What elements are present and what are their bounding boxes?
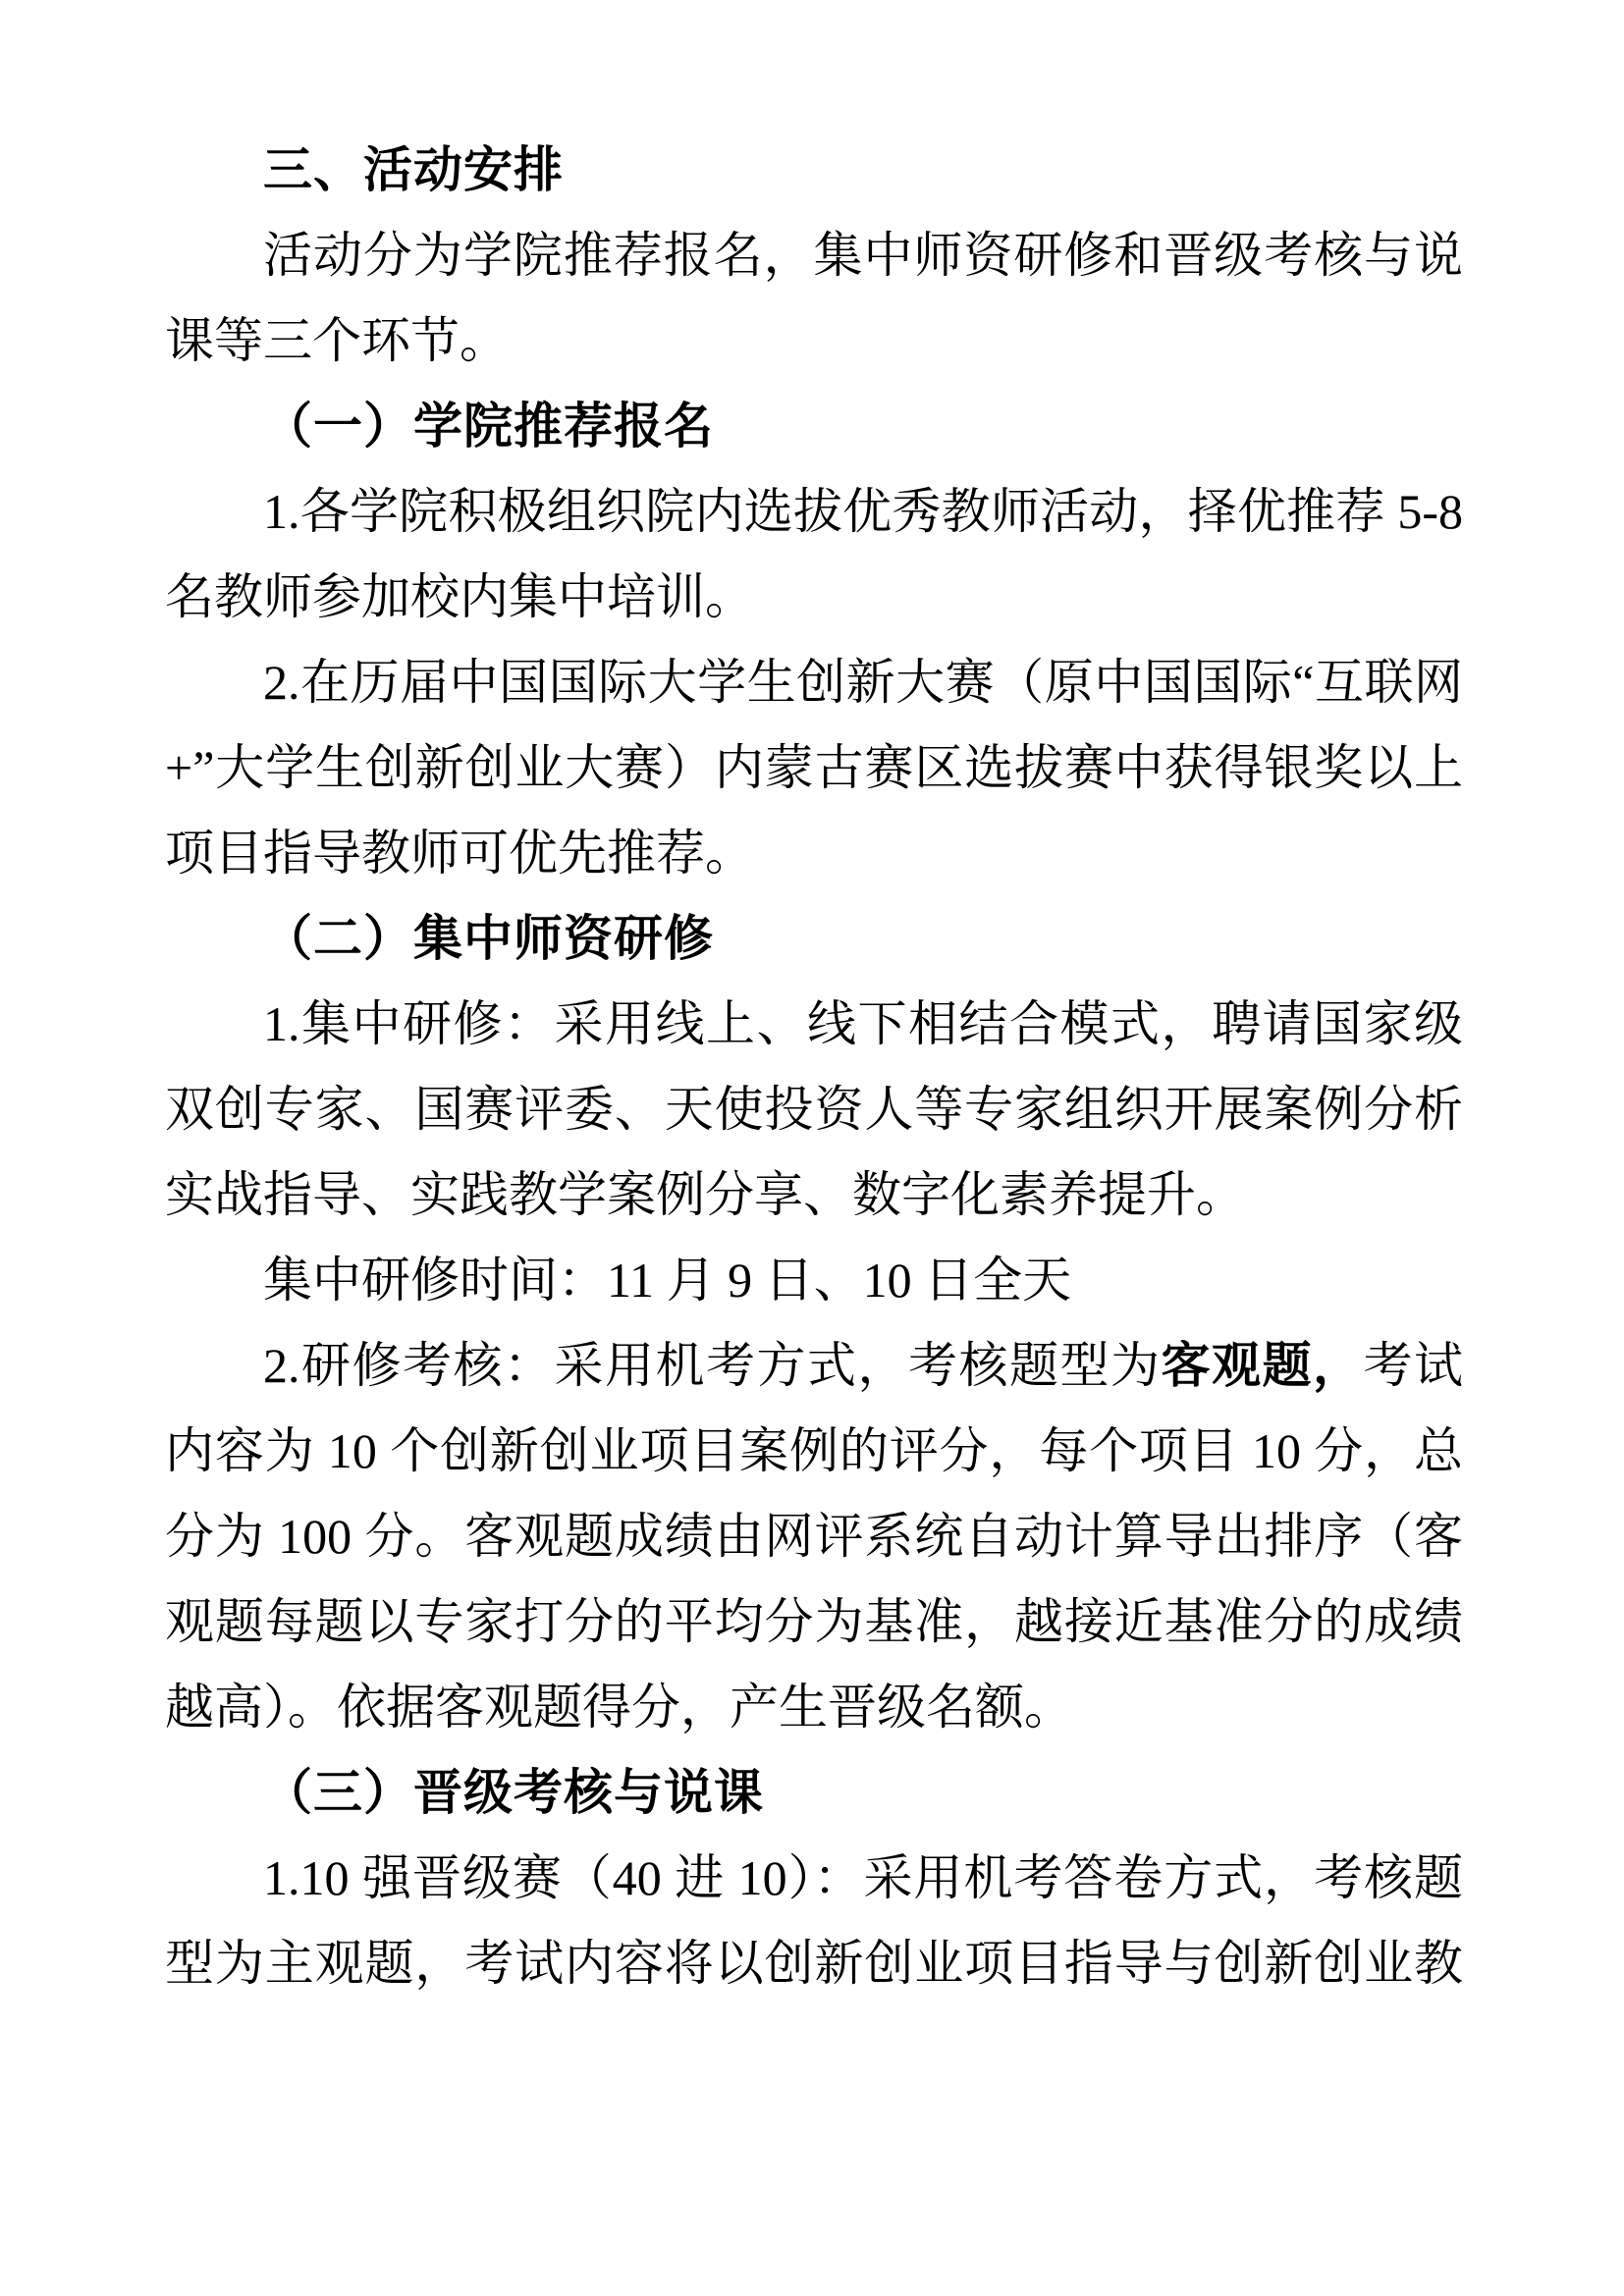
paragraph: 活动分为学院推荐报名，集中师资研修和晋级考核与说课等三个环节。 [165,213,1463,384]
section-heading: （三）晋级考核与说课 [165,1750,1463,1836]
text-run: 1.10 强晋级赛（40 进 10）：采用机考答卷方式，考核题型为主观题，考试内… [165,1850,1463,1991]
text-run: 1.各学院积极组织院内选拔优秀教师活动，择优推荐 5-8 名教师参加校内集中培训… [165,484,1463,624]
paragraph: 1.10 强晋级赛（40 进 10）：采用机考答卷方式，考核题型为主观题，考试内… [165,1836,1463,2006]
document-page: 三、活动安排 活动分为学院推荐报名，集中师资研修和晋级考核与说课等三个环节。（一… [0,0,1624,2296]
text-run: （一）学院推荐报名 [263,399,714,454]
document-content: 三、活动安排 活动分为学院推荐报名，集中师资研修和晋级考核与说课等三个环节。（一… [165,128,1463,2006]
section-heading: （一）学院推荐报名 [165,384,1463,469]
bold-text-run: 客观题， [1162,1338,1364,1393]
paragraph: 2.在历届中国国际大学生创新大赛（原中国国际“互联网+”大学生创新创业大赛）内蒙… [165,640,1463,896]
section-heading: （二）集中师资研修 [165,896,1463,982]
paragraph: 2.研修考核：采用机考方式，考核题型为客观题，考试内容为 10 个创新创业项目案… [165,1323,1463,1750]
text-run: 2.在历届中国国际大学生创新大赛（原中国国际“互联网+”大学生创新创业大赛）内蒙… [165,655,1463,881]
section-title: 三、活动安排 [165,128,1463,213]
text-run: （二）集中师资研修 [263,911,714,966]
text-run: 集中研修时间：11 月 9 日、10 日全天 [263,1253,1071,1308]
text-run: 活动分为学院推荐报名，集中师资研修和晋级考核与说课等三个环节。 [165,228,1463,368]
document-paragraphs: 活动分为学院推荐报名，集中师资研修和晋级考核与说课等三个环节。（一）学院推荐报名… [165,213,1463,2006]
text-run: （三）晋级考核与说课 [263,1765,764,1820]
paragraph: 1.各学院积极组织院内选拔优秀教师活动，择优推荐 5-8 名教师参加校内集中培训… [165,469,1463,640]
text-run: 考试内容为 10 个创新创业项目案例的评分，每个项目 10 分，总分为 100 … [165,1338,1463,1735]
paragraph: 1.集中研修：采用线上、线下相结合模式，聘请国家级双创专家、国赛评委、天使投资人… [165,982,1463,1238]
paragraph: 集中研修时间：11 月 9 日、10 日全天 [165,1238,1463,1323]
text-run: 1.集中研修：采用线上、线下相结合模式，聘请国家级双创专家、国赛评委、天使投资人… [165,996,1463,1222]
text-run: 2.研修考核：采用机考方式，考核题型为 [263,1338,1162,1393]
